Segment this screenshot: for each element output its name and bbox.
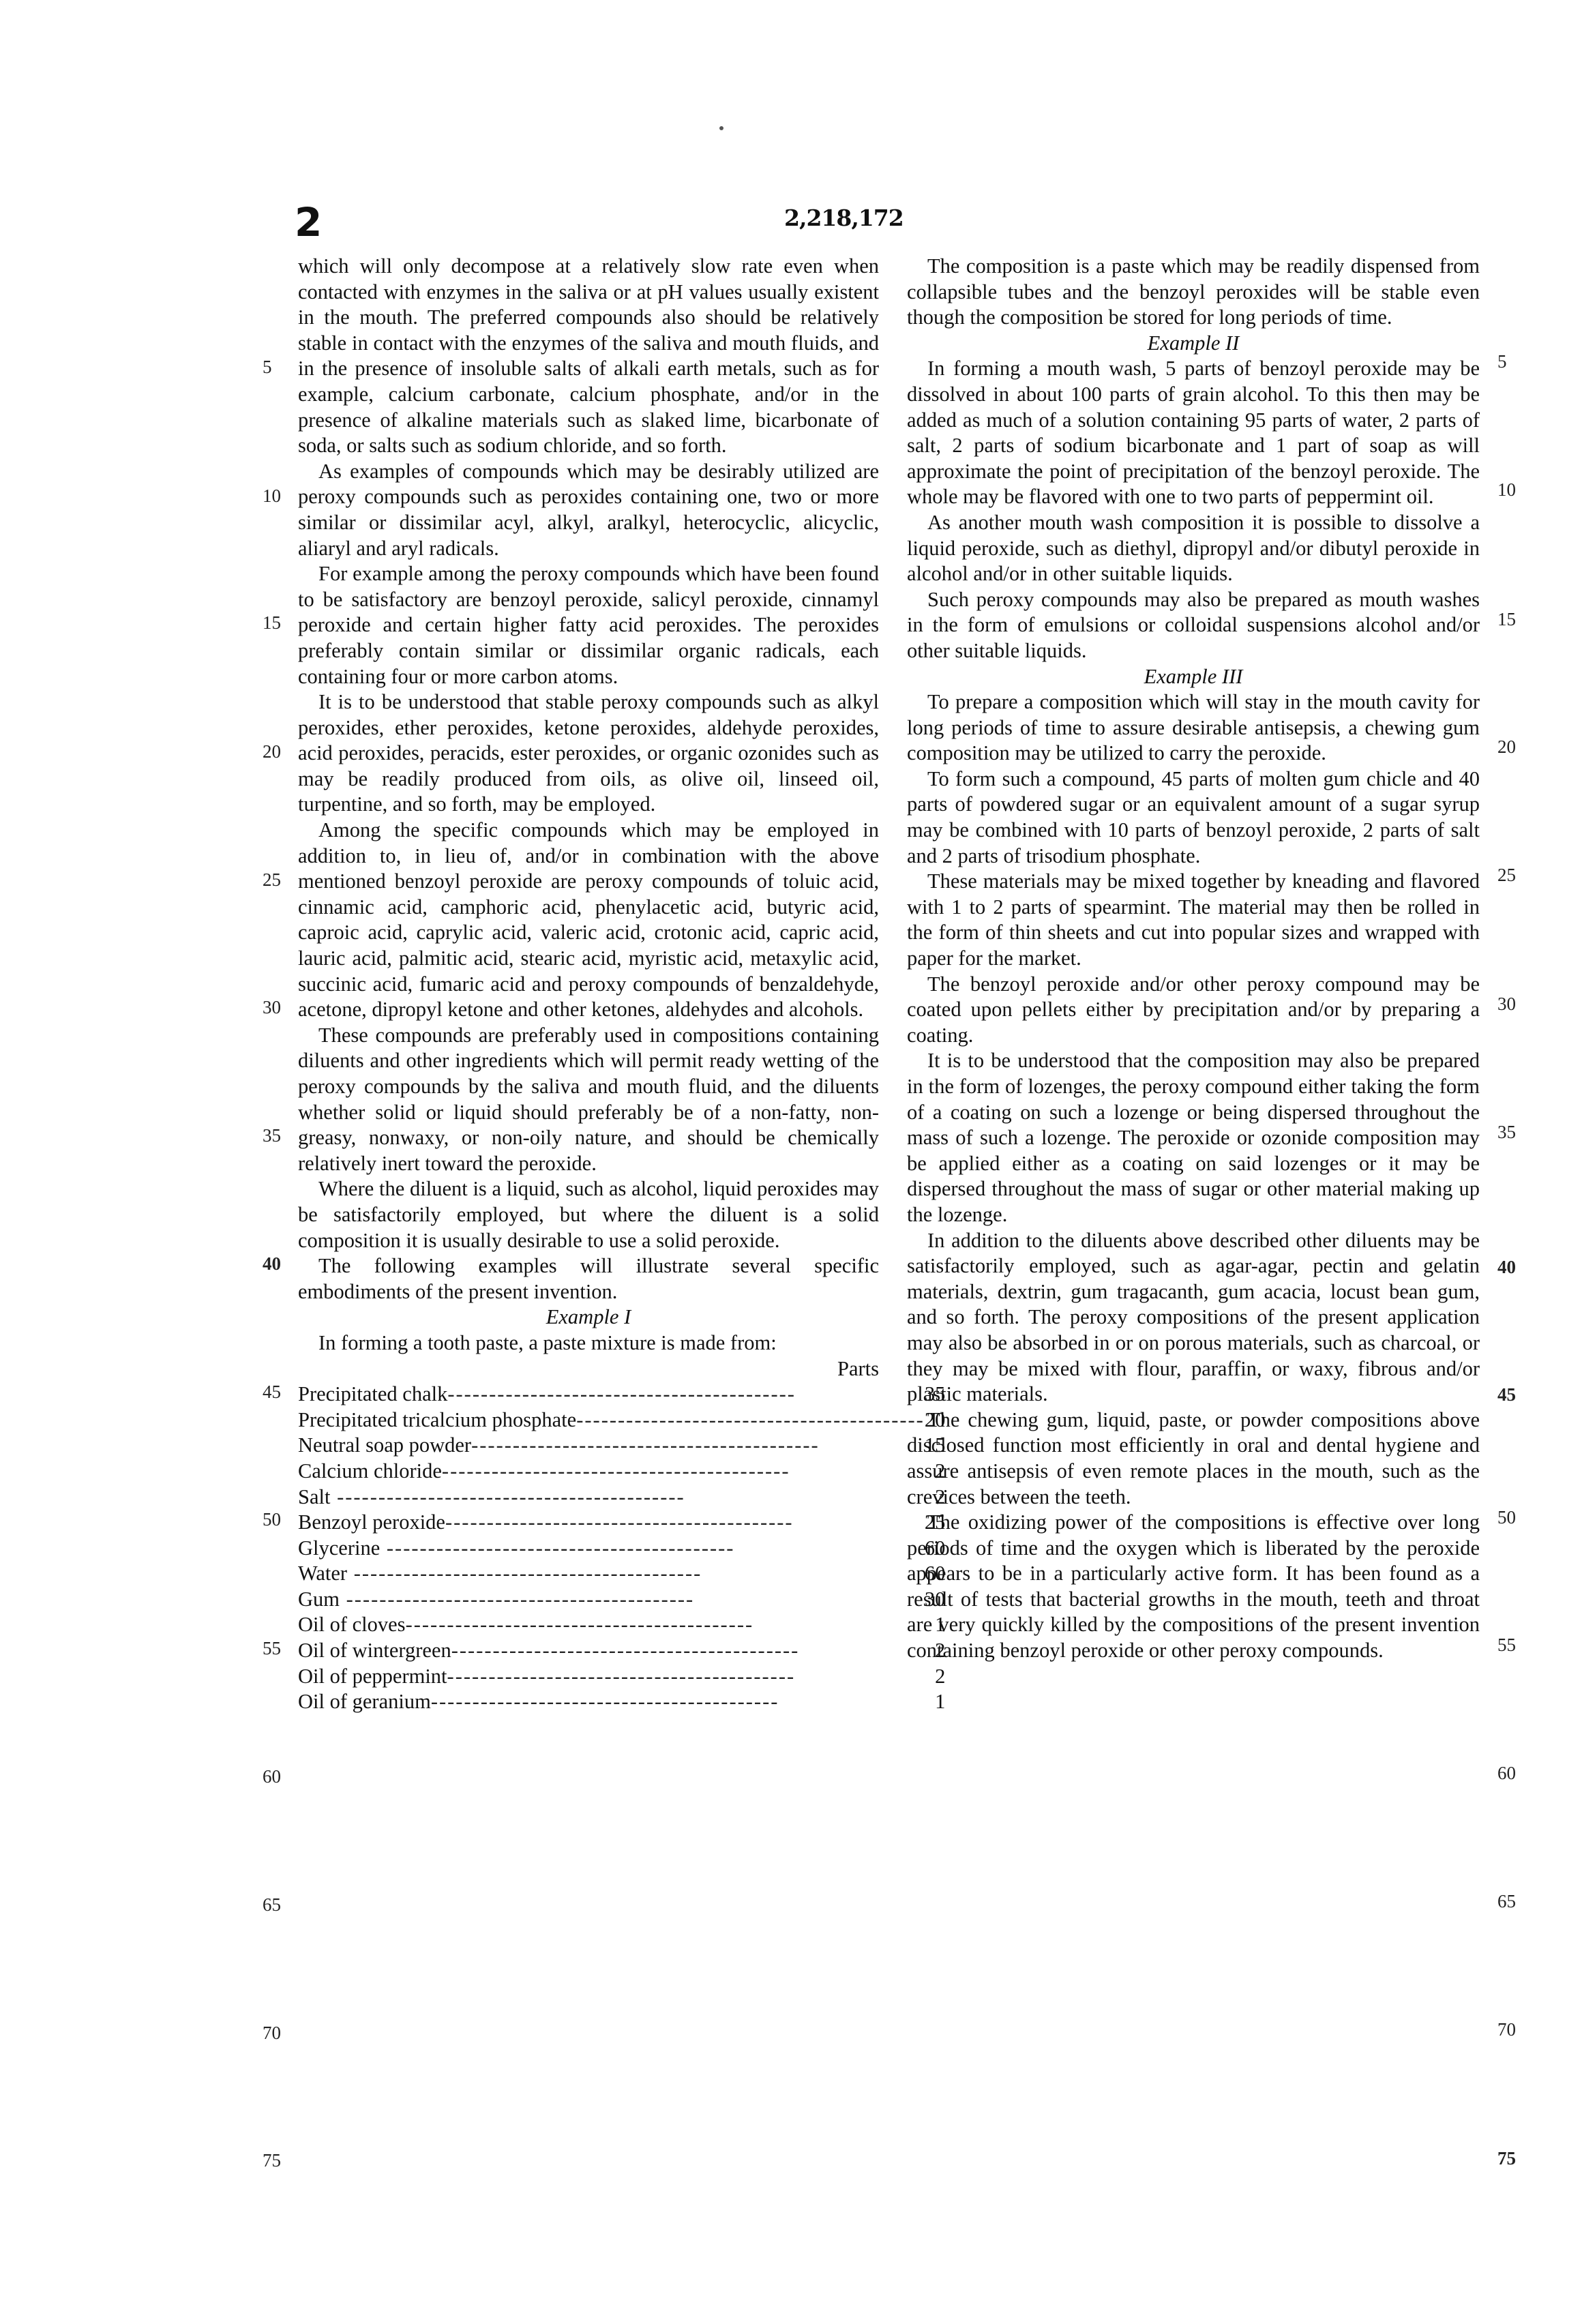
right-column: The composition is a paste which may be … xyxy=(907,254,1480,1664)
line-number: 30 xyxy=(263,997,281,1018)
paragraph: Among the specific compounds which may b… xyxy=(298,818,879,1023)
line-number: 30 xyxy=(1497,994,1516,1015)
ingredients-table: Precipitated chalk----------------------… xyxy=(298,1382,945,1715)
table-row: Oil of peppermint-----------------------… xyxy=(298,1664,945,1690)
page-number: 2 xyxy=(295,199,322,245)
line-number: 60 xyxy=(263,1766,281,1787)
line-number: 65 xyxy=(263,1894,281,1916)
line-number: 10 xyxy=(263,486,281,507)
table-row: Oil of wintergreen----------------------… xyxy=(298,1638,945,1664)
paragraph: To form such a compound, 45 parts of mol… xyxy=(907,766,1480,869)
paragraph: Where the diluent is a liquid, such as a… xyxy=(298,1176,879,1253)
paragraph: These compounds are preferably used in c… xyxy=(298,1023,879,1177)
table-row: Oil of geranium-------------------------… xyxy=(298,1689,945,1715)
ingredient-name: Calcium chloride xyxy=(298,1459,442,1483)
line-number: 75 xyxy=(1497,2148,1516,2169)
line-number: 45 xyxy=(263,1382,281,1403)
ingredient-name: Neutral soap powder xyxy=(298,1433,471,1457)
parts-column-header: Parts xyxy=(298,1356,879,1382)
table-row: Gum ------------------------------------… xyxy=(298,1587,945,1613)
line-number: 20 xyxy=(263,741,281,762)
table-row: Calcium chloride------------------------… xyxy=(298,1459,945,1485)
paragraph: As examples of compounds which may be de… xyxy=(298,459,879,561)
table-row: Benzoyl peroxide------------------------… xyxy=(298,1510,945,1536)
table-row: Water ----------------------------------… xyxy=(298,1561,945,1587)
line-number: 5 xyxy=(263,357,272,378)
ingredient-name: Oil of peppermint xyxy=(298,1665,447,1688)
paragraph: It is to be understood that stable perox… xyxy=(298,689,879,818)
paragraph: which will only decompose at a relativel… xyxy=(298,254,879,459)
paragraph: The following examples will illustrate s… xyxy=(298,1253,879,1305)
example-1-title: Example I xyxy=(298,1305,879,1330)
ingredient-name: Oil of cloves xyxy=(298,1613,406,1636)
line-number: 45 xyxy=(1497,1384,1516,1405)
scan-artifact-dot xyxy=(719,126,723,130)
line-number: 70 xyxy=(263,2023,281,2044)
ingredient-name: Water xyxy=(298,1562,347,1585)
paragraph: The composition is a paste which may be … xyxy=(907,254,1480,331)
ingredient-name: Precipitated chalk xyxy=(298,1382,447,1405)
line-number: 40 xyxy=(1497,1257,1516,1278)
line-number: 10 xyxy=(1497,479,1516,501)
ingredient-parts: 2 xyxy=(925,1664,946,1690)
line-number: 25 xyxy=(263,869,281,891)
example-2-title: Example II xyxy=(907,331,1480,357)
paragraph: The chewing gum, liquid, paste, or powde… xyxy=(907,1407,1480,1510)
ingredient-name: Oil of wintergreen xyxy=(298,1639,451,1662)
paragraph: For example among the peroxy compounds w… xyxy=(298,561,879,689)
line-number: 50 xyxy=(1497,1507,1516,1528)
example-1-intro: In forming a tooth paste, a paste mixtur… xyxy=(298,1330,879,1356)
table-row: Salt -----------------------------------… xyxy=(298,1485,945,1510)
table-row: Oil of cloves---------------------------… xyxy=(298,1612,945,1638)
line-number: 5 xyxy=(1497,351,1507,372)
ingredient-name: Precipitated tricalcium phosphate xyxy=(298,1408,576,1431)
line-number: 35 xyxy=(263,1125,281,1146)
table-row: Precipitated chalk----------------------… xyxy=(298,1382,945,1407)
paragraph: To prepare a composition which will stay… xyxy=(907,689,1480,766)
table-row: Precipitated tricalcium phosphate-------… xyxy=(298,1407,945,1433)
ingredient-name: Gum xyxy=(298,1588,340,1611)
line-number: 15 xyxy=(1497,609,1516,630)
line-number: 35 xyxy=(1497,1122,1516,1143)
line-number: 20 xyxy=(1497,736,1516,758)
line-number: 55 xyxy=(1497,1635,1516,1656)
paragraph: It is to be understood that the composit… xyxy=(907,1048,1480,1227)
ingredient-name: Oil of geranium xyxy=(298,1690,431,1713)
line-number: 15 xyxy=(263,612,281,634)
line-number: 65 xyxy=(1497,1891,1516,1912)
paragraph: In addition to the diluents above descri… xyxy=(907,1228,1480,1407)
example-3-title: Example III xyxy=(907,664,1480,690)
paragraph: The benzoyl peroxide and/or other peroxy… xyxy=(907,972,1480,1049)
line-number: 25 xyxy=(1497,865,1516,886)
patent-number: 2,218,172 xyxy=(784,205,904,231)
line-number: 50 xyxy=(263,1509,281,1530)
line-number: 70 xyxy=(1497,2019,1516,2040)
paragraph: Such peroxy compounds may also be prepar… xyxy=(907,587,1480,664)
paragraph: These materials may be mixed together by… xyxy=(907,869,1480,971)
ingredient-name: Glycerine xyxy=(298,1536,380,1560)
line-number: 55 xyxy=(263,1638,281,1659)
ingredient-name: Salt xyxy=(298,1485,330,1508)
paragraph: The oxidizing power of the compositions … xyxy=(907,1510,1480,1664)
ingredient-parts: 1 xyxy=(925,1689,946,1715)
line-number: 60 xyxy=(1497,1763,1516,1784)
ingredient-name: Benzoyl peroxide xyxy=(298,1510,445,1534)
table-row: Neutral soap powder---------------------… xyxy=(298,1433,945,1459)
paragraph: As another mouth wash composition it is … xyxy=(907,510,1480,587)
line-number: 40 xyxy=(263,1253,281,1275)
left-column: which will only decompose at a relativel… xyxy=(298,254,879,1715)
line-number: 75 xyxy=(263,2150,281,2171)
paragraph: In forming a mouth wash, 5 parts of benz… xyxy=(907,356,1480,510)
table-row: Glycerine ------------------------------… xyxy=(298,1536,945,1562)
